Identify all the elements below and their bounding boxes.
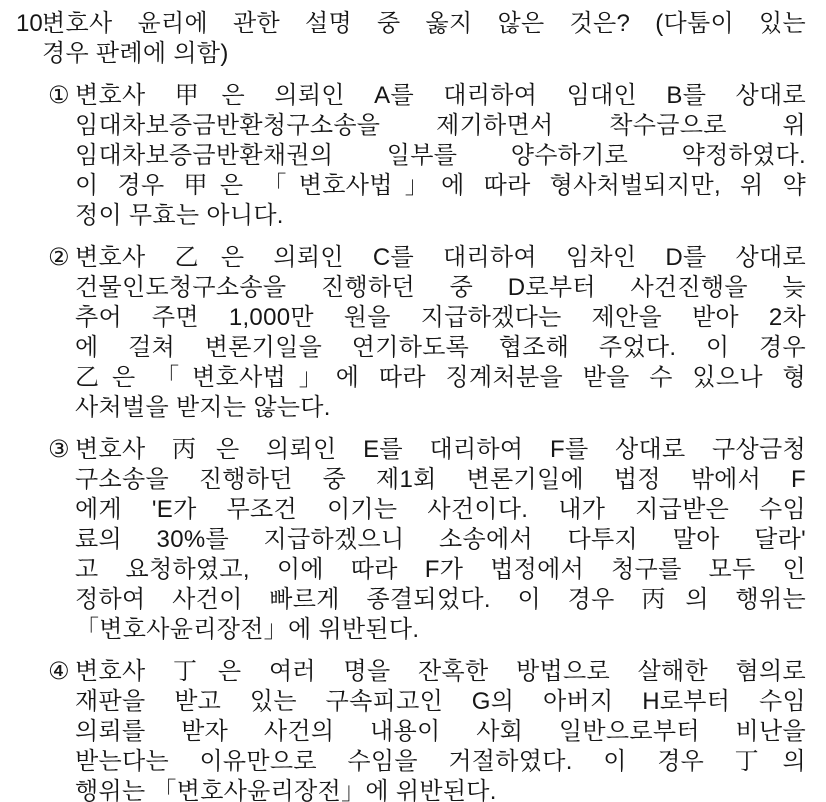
option-3-marker: ③: [48, 435, 75, 645]
option-line: 받는다는 이유만으로 수임을 거절하였다. 이 경우 丁의: [75, 747, 806, 777]
option-1-text: 변호사 甲은 의뢰인 A를 대리하여 임대인 B를 상대로 임대차보증금반환청구…: [75, 81, 806, 231]
option-line: 변호사 乙은 의뢰인 C를 대리하여 임차인 D를 상대로: [75, 243, 806, 273]
option-line: 변호사 甲은 의뢰인 A를 대리하여 임대인 B를 상대로: [75, 81, 806, 111]
option-line: 임대차보증금반환채권의 일부를 양수하기로 약정하였다.: [75, 141, 806, 171]
question-line: 경우 판례에 의함): [42, 39, 806, 69]
question-text: 변호사 윤리에 관한 설명 중 옳지 않은 것은? (다툼이 있는 경우 판례에…: [42, 9, 806, 69]
question-block: 10. 변호사 윤리에 관한 설명 중 옳지 않은 것은? (다툼이 있는 경우…: [16, 9, 806, 69]
option-3-text: 변호사 丙은 의뢰인 E를 대리하여 F를 상대로 구상금청 구소송을 진행하던…: [75, 435, 806, 645]
option-2-marker: ②: [48, 243, 75, 423]
option-line: 이 경우 甲은 「변호사법」에 따라 형사처벌되지만, 위 약: [75, 171, 806, 201]
option-line: 사처벌을 받지는 않는다.: [75, 393, 806, 423]
option-line: 료의 30%를 지급하겠으니 소송에서 다투지 말아 달라': [75, 525, 806, 555]
option-line: 행위는 「변호사윤리장전」에 위반된다.: [75, 777, 806, 802]
option-line: 정하여 사건이 빠르게 종결되었다. 이 경우 丙의 행위는: [75, 585, 806, 615]
option-line: 「변호사윤리장전」에 위반된다.: [75, 615, 806, 645]
option-line: 추어 주면 1,000만 원을 지급하겠다는 제안을 받아 2차: [75, 303, 806, 333]
option-3: ③ 변호사 丙은 의뢰인 E를 대리하여 F를 상대로 구상금청 구소송을 진행…: [48, 435, 806, 645]
option-line: 변호사 丙은 의뢰인 E를 대리하여 F를 상대로 구상금청: [75, 435, 806, 465]
option-line: 에게 'E가 무조건 이기는 사건이다. 내가 지급받은 수임: [75, 495, 806, 525]
option-line: 고 요청하였고, 이에 따라 F가 법정에서 청구를 모두 인: [75, 555, 806, 585]
option-1: ① 변호사 甲은 의뢰인 A를 대리하여 임대인 B를 상대로 임대차보증금반환…: [48, 81, 806, 231]
option-line: 구소송을 진행하던 중 제1회 변론기일에 법정 밖에서 F: [75, 465, 806, 495]
option-line: 乙은 「변호사법」에 따라 징계처분을 받을 수 있으나 형: [75, 363, 806, 393]
option-line: 건물인도청구소송을 진행하던 중 D로부터 사건진행을 늦: [75, 273, 806, 303]
question-number: 10.: [16, 9, 42, 69]
question-line: 변호사 윤리에 관한 설명 중 옳지 않은 것은? (다툼이 있는: [42, 9, 806, 39]
option-1-marker: ①: [48, 81, 75, 231]
option-4: ④ 변호사 丁은 여러 명을 잔혹한 방법으로 살해한 혐의로 재판을 받고 있…: [48, 657, 806, 802]
option-line: 의뢰를 받자 사건의 내용이 사회 일반으로부터 비난을: [75, 717, 806, 747]
option-line: 재판을 받고 있는 구속피고인 G의 아버지 H로부터 수임: [75, 687, 806, 717]
option-4-marker: ④: [48, 657, 75, 802]
option-line: 에 걸쳐 변론기일을 연기하도록 협조해 주었다. 이 경우: [75, 333, 806, 363]
option-4-text: 변호사 丁은 여러 명을 잔혹한 방법으로 살해한 혐의로 재판을 받고 있는 …: [75, 657, 806, 802]
option-line: 정이 무효는 아니다.: [75, 201, 806, 231]
document-page: 10. 변호사 윤리에 관한 설명 중 옳지 않은 것은? (다툼이 있는 경우…: [0, 0, 826, 802]
option-line: 임대차보증금반환청구소송을 제기하면서 착수금으로 위: [75, 111, 806, 141]
option-line: 변호사 丁은 여러 명을 잔혹한 방법으로 살해한 혐의로: [75, 657, 806, 687]
option-2-text: 변호사 乙은 의뢰인 C를 대리하여 임차인 D를 상대로 건물인도청구소송을 …: [75, 243, 806, 423]
option-2: ② 변호사 乙은 의뢰인 C를 대리하여 임차인 D를 상대로 건물인도청구소송…: [48, 243, 806, 423]
